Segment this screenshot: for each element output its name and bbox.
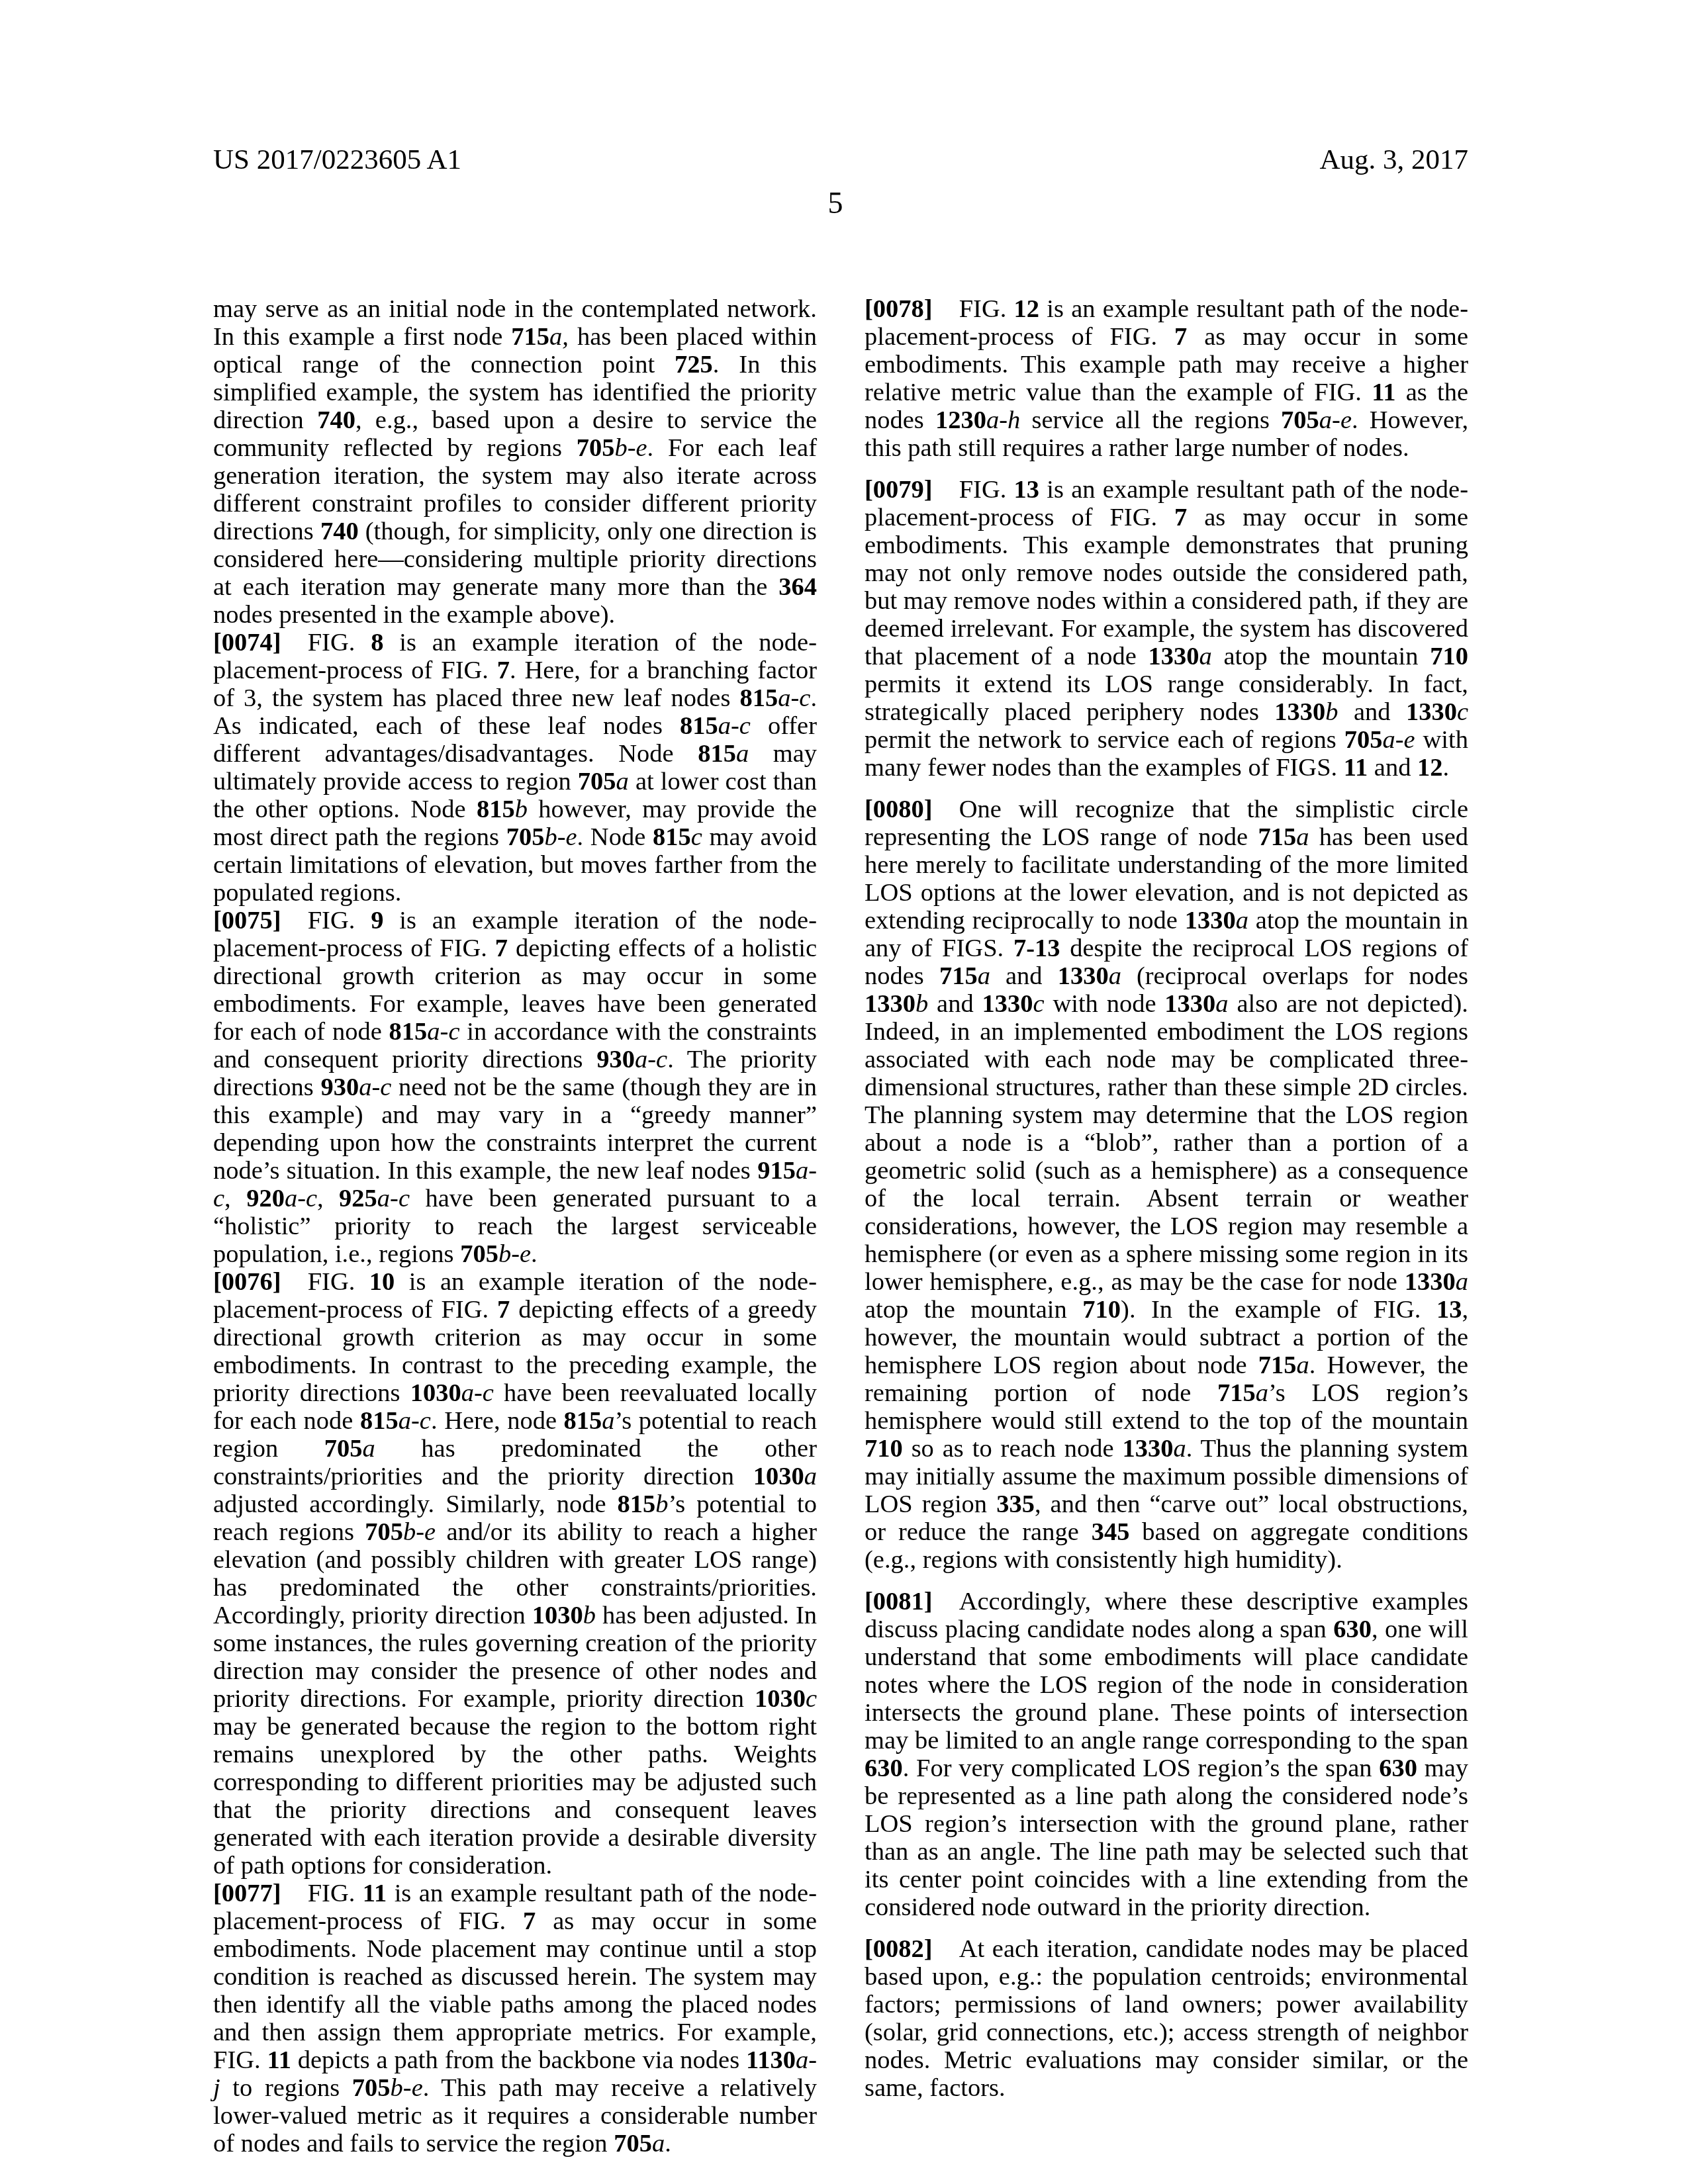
patent-document-page: US 2017/0223605 A1 Aug. 3, 2017 5 may se… (0, 0, 1688, 2184)
paragraph-tag: [0081] (865, 1588, 933, 1615)
paragraph-0082: [0082]At each iteration, candidate nodes… (865, 1935, 1468, 2102)
paragraph-tag: [0074] (213, 629, 281, 657)
paragraph-tag: [0075] (213, 907, 281, 934)
paragraph-tag: [0080] (865, 796, 933, 823)
paragraph-tag: [0076] (213, 1268, 281, 1296)
publication-number: US 2017/0223605 A1 (213, 144, 461, 176)
paragraph-0077: [0077]FIG. 11 is an example resultant pa… (213, 1880, 817, 2158)
paragraph-0079: [0079]FIG. 13 is an example resultant pa… (865, 476, 1468, 782)
paragraph-0080: [0080]One will recognize that the simpli… (865, 796, 1468, 1574)
paragraph-continuation: may serve as an initial node in the cont… (213, 295, 817, 629)
paragraph-0074: [0074]FIG. 8 is an example iteration of … (213, 629, 817, 907)
page-number: 5 (0, 187, 1671, 220)
paragraph-tag: [0077] (213, 1880, 281, 1907)
paragraph-0076: [0076]FIG. 10 is an example iteration of… (213, 1268, 817, 1880)
paragraph-0075: [0075]FIG. 9 is an example iteration of … (213, 907, 817, 1268)
publication-date: Aug. 3, 2017 (1319, 144, 1468, 176)
paragraph-tag: [0082] (865, 1935, 933, 1963)
right-column: [0078]FIG. 12 is an example resultant pa… (865, 295, 1468, 2158)
paragraph-0081: [0081]Accordingly, where these descripti… (865, 1588, 1468, 1921)
paragraph-0078: [0078]FIG. 12 is an example resultant pa… (865, 295, 1468, 462)
paragraph-tag: [0079] (865, 476, 933, 504)
paragraph-tag: [0078] (865, 295, 933, 323)
text-columns: may serve as an initial node in the cont… (213, 295, 1468, 2158)
left-column: may serve as an initial node in the cont… (213, 295, 817, 2158)
page-header: US 2017/0223605 A1 Aug. 3, 2017 (213, 144, 1468, 176)
